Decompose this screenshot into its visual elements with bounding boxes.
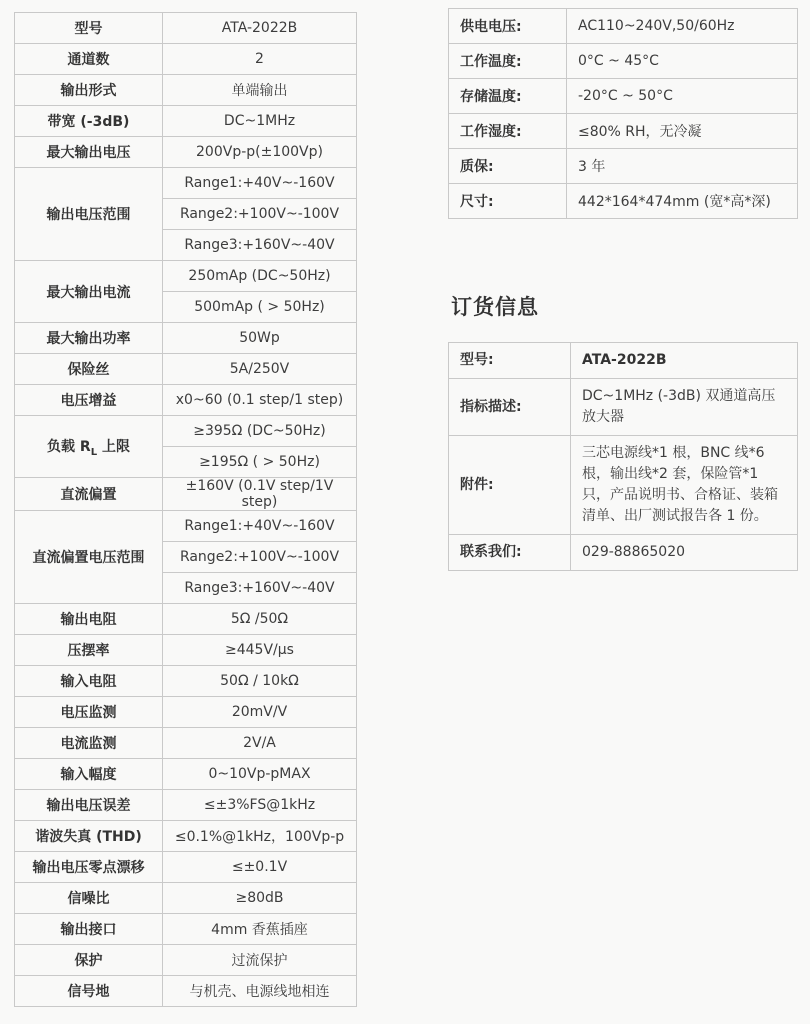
spec-row: 输入电阻50Ω / 10kΩ: [15, 666, 357, 697]
spec-row: 直流偏置±160V (0.1V step/1V step): [15, 478, 357, 511]
table-row: 存储温度:-20°C ~ 50°C: [449, 79, 798, 114]
env-table-body: 供电电压:AC110~240V,50/60Hz工作温度:0°C ~ 45°C存储…: [449, 9, 798, 219]
table-row: 尺寸:442*164*474mm (宽*高*深): [449, 184, 798, 219]
spec-label: 输出电阻: [15, 604, 163, 635]
spec-row: 输出电压范围Range1:+40V~-160V: [15, 168, 357, 199]
spec-value: 200Vp-p(±100Vp): [163, 137, 357, 168]
spec-value: ≤±0.1V: [163, 852, 357, 883]
spec-value: ±160V (0.1V step/1V step): [163, 478, 357, 511]
row-label: 型号:: [449, 343, 571, 379]
spec-label: 型号: [15, 13, 163, 44]
spec-row: 通道数2: [15, 44, 357, 75]
row-value: -20°C ~ 50°C: [567, 79, 798, 114]
row-label: 供电电压:: [449, 9, 567, 44]
row-value: 三芯电源线*1 根，BNC 线*6 根，输出线*2 套，保险管*1 只，产品说明…: [571, 436, 798, 535]
spec-label: 直流偏置: [15, 478, 163, 511]
spec-label: 输出电压范围: [15, 168, 163, 261]
order-info-table: 型号:ATA-2022B指标描述:DC~1MHz (-3dB) 双通道高压放大器…: [448, 342, 798, 571]
spec-value: 2: [163, 44, 357, 75]
row-label: 质保:: [449, 149, 567, 184]
spec-label: 最大输出功率: [15, 323, 163, 354]
spec-value: Range2:+100V~-100V: [163, 199, 357, 230]
spec-value: 单端输出: [163, 75, 357, 106]
row-label: 工作湿度:: [449, 114, 567, 149]
spec-row: 谐波失真 (THD)≤0.1%@1kHz，100Vp-p: [15, 821, 357, 852]
spec-row: 输出电阻5Ω /50Ω: [15, 604, 357, 635]
spec-row: 保险丝5A/250V: [15, 354, 357, 385]
spec-label: 电压增益: [15, 385, 163, 416]
spec-row: 直流偏置电压范围Range1:+40V~-160V: [15, 511, 357, 542]
spec-row: 保护过流保护: [15, 945, 357, 976]
spec-label: 谐波失真 (THD): [15, 821, 163, 852]
row-value: ATA-2022B: [571, 343, 798, 379]
spec-row: 最大输出功率50Wp: [15, 323, 357, 354]
table-row: 工作温度:0°C ~ 45°C: [449, 44, 798, 79]
spec-value: 500mAp ( > 50Hz): [163, 292, 357, 323]
spec-row: 电压增益x0~60 (0.1 step/1 step): [15, 385, 357, 416]
spec-value: 2V/A: [163, 728, 357, 759]
row-label: 工作温度:: [449, 44, 567, 79]
order-table-body: 型号:ATA-2022B指标描述:DC~1MHz (-3dB) 双通道高压放大器…: [449, 343, 798, 571]
spec-label: 保险丝: [15, 354, 163, 385]
spec-label: 负载 RL 上限: [15, 416, 163, 478]
spec-label: 输出电压零点漂移: [15, 852, 163, 883]
spec-value: ≥445V/μs: [163, 635, 357, 666]
spec-value: DC~1MHz: [163, 106, 357, 137]
row-label: 存储温度:: [449, 79, 567, 114]
spec-row: 输出形式单端输出: [15, 75, 357, 106]
spec-value: 与机壳、电源线地相连: [163, 976, 357, 1007]
spec-row: 型号ATA-2022B: [15, 13, 357, 44]
spec-label: 输出形式: [15, 75, 163, 106]
spec-label: 信号地: [15, 976, 163, 1007]
spec-value: ≤0.1%@1kHz，100Vp-p: [163, 821, 357, 852]
spec-value: 5Ω /50Ω: [163, 604, 357, 635]
row-label: 尺寸:: [449, 184, 567, 219]
spec-row: 带宽 (-3dB)DC~1MHz: [15, 106, 357, 137]
spec-value: 250mAp (DC~50Hz): [163, 261, 357, 292]
spec-row: 压摆率≥445V/μs: [15, 635, 357, 666]
table-row: 工作湿度:≤80% RH，无冷凝: [449, 114, 798, 149]
spec-table: 型号ATA-2022B通道数2输出形式单端输出带宽 (-3dB)DC~1MHz最…: [14, 12, 357, 1007]
row-label: 联系我们:: [449, 535, 571, 571]
row-value: AC110~240V,50/60Hz: [567, 9, 798, 44]
spec-value: x0~60 (0.1 step/1 step): [163, 385, 357, 416]
spec-label: 输入电阻: [15, 666, 163, 697]
spec-value: Range3:+160V~-40V: [163, 573, 357, 604]
spec-row: 最大输出电压200Vp-p(±100Vp): [15, 137, 357, 168]
row-value: 442*164*474mm (宽*高*深): [567, 184, 798, 219]
table-row: 指标描述:DC~1MHz (-3dB) 双通道高压放大器: [449, 379, 798, 436]
spec-value: Range2:+100V~-100V: [163, 542, 357, 573]
spec-row: 信号地与机壳、电源线地相连: [15, 976, 357, 1007]
spec-label: 带宽 (-3dB): [15, 106, 163, 137]
row-value: DC~1MHz (-3dB) 双通道高压放大器: [571, 379, 798, 436]
spec-row: 输出电压误差≤±3%FS@1kHz: [15, 790, 357, 821]
spec-value: 0~10Vp-pMAX: [163, 759, 357, 790]
table-row: 联系我们:029-88865020: [449, 535, 798, 571]
spec-label: 通道数: [15, 44, 163, 75]
spec-row: 输出电压零点漂移≤±0.1V: [15, 852, 357, 883]
spec-value: ≥195Ω ( > 50Hz): [163, 447, 357, 478]
spec-label: 输出电压误差: [15, 790, 163, 821]
row-value: 3 年: [567, 149, 798, 184]
spec-label: 压摆率: [15, 635, 163, 666]
table-row: 附件:三芯电源线*1 根，BNC 线*6 根，输出线*2 套，保险管*1 只，产…: [449, 436, 798, 535]
spec-row: 输出接口4mm 香蕉插座: [15, 914, 357, 945]
spec-label: 最大输出电流: [15, 261, 163, 323]
spec-value: 5A/250V: [163, 354, 357, 385]
env-table: 供电电压:AC110~240V,50/60Hz工作温度:0°C ~ 45°C存储…: [448, 8, 798, 219]
row-value: 0°C ~ 45°C: [567, 44, 798, 79]
table-row: 型号:ATA-2022B: [449, 343, 798, 379]
spec-label: 输入幅度: [15, 759, 163, 790]
spec-value: Range1:+40V~-160V: [163, 511, 357, 542]
spec-value: ≥395Ω (DC~50Hz): [163, 416, 357, 447]
spec-value: 20mV/V: [163, 697, 357, 728]
spec-row: 电流监测2V/A: [15, 728, 357, 759]
spec-label: 保护: [15, 945, 163, 976]
table-row: 质保:3 年: [449, 149, 798, 184]
spec-value: Range3:+160V~-40V: [163, 230, 357, 261]
spec-label: 输出接口: [15, 914, 163, 945]
spec-row: 输入幅度0~10Vp-pMAX: [15, 759, 357, 790]
spec-label: 直流偏置电压范围: [15, 511, 163, 604]
row-value: 029-88865020: [571, 535, 798, 571]
spec-value: ATA-2022B: [163, 13, 357, 44]
spec-value: 50Wp: [163, 323, 357, 354]
row-label: 指标描述:: [449, 379, 571, 436]
row-value: ≤80% RH，无冷凝: [567, 114, 798, 149]
spec-label: 最大输出电压: [15, 137, 163, 168]
spec-value: 过流保护: [163, 945, 357, 976]
order-info-title: 订货信息: [451, 291, 539, 321]
spec-value: 50Ω / 10kΩ: [163, 666, 357, 697]
spec-value: Range1:+40V~-160V: [163, 168, 357, 199]
spec-value: ≤±3%FS@1kHz: [163, 790, 357, 821]
spec-table-body: 型号ATA-2022B通道数2输出形式单端输出带宽 (-3dB)DC~1MHz最…: [15, 13, 357, 1007]
spec-label: 电流监测: [15, 728, 163, 759]
spec-row: 负载 RL 上限≥395Ω (DC~50Hz): [15, 416, 357, 447]
spec-label: 信噪比: [15, 883, 163, 914]
spec-row: 最大输出电流250mAp (DC~50Hz): [15, 261, 357, 292]
row-label: 附件:: [449, 436, 571, 535]
spec-value: ≥80dB: [163, 883, 357, 914]
spec-label: 电压监测: [15, 697, 163, 728]
spec-value: 4mm 香蕉插座: [163, 914, 357, 945]
table-row: 供电电压:AC110~240V,50/60Hz: [449, 9, 798, 44]
spec-row: 电压监测20mV/V: [15, 697, 357, 728]
spec-row: 信噪比≥80dB: [15, 883, 357, 914]
